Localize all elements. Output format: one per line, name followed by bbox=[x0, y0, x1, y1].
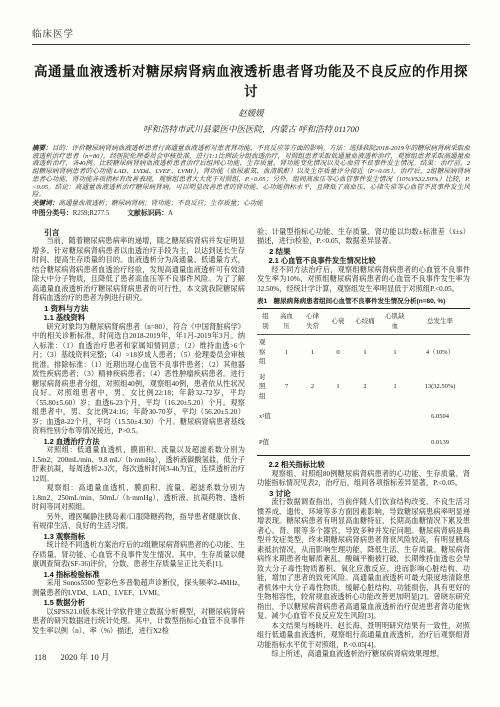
table1-cell bbox=[326, 430, 350, 456]
heading-data-analysis: 1.5 数据分析 bbox=[32, 598, 245, 608]
table1-cell: 1 bbox=[350, 335, 380, 370]
heading-baseline-data: 1.1 基线资料 bbox=[32, 313, 245, 323]
clc-label: 中图分类号： bbox=[32, 210, 73, 217]
page-number: 118 bbox=[34, 652, 46, 662]
table1-cell: 1 bbox=[274, 335, 299, 370]
doc-code-value: A bbox=[168, 210, 173, 217]
heading-methods: 1 资料与方法 bbox=[32, 304, 245, 314]
header-rule bbox=[32, 44, 470, 45]
doc-code-label: 文献标识码： bbox=[127, 210, 168, 217]
issue-date: 2020 年 10 月 bbox=[60, 652, 109, 662]
table1-chi-square-label: x²值 bbox=[257, 404, 274, 430]
control-group-paragraph: 对照组：低通量血透机，膜面积、流量以及超滤系数分别为1.5m2、200mL/mi… bbox=[32, 446, 245, 484]
author-affiliation: 呼和浩特市武川县蒙医中医医院，内蒙古 呼和浩特 011700 bbox=[32, 123, 470, 135]
table1-header-heart-failure: 心衰 bbox=[326, 309, 350, 335]
table1-cell: 0 bbox=[326, 335, 350, 370]
table1-header-row: 组 别 高血 压 心律 失常 心衰 心绞痛 心肌缺 血 总发生率 bbox=[257, 309, 470, 335]
discussion-paragraph-2: 本文结果与杨晓丹、赵长海、聂明明研究结果有一致性，对照组行低通量血液透析，观察组… bbox=[257, 622, 470, 651]
table1: 组 别 高血 压 心律 失常 心衰 心绞痛 心肌缺 血 总发生率 观 察 组 1 bbox=[257, 308, 470, 456]
table-row: P值 0.0139 bbox=[257, 430, 470, 456]
journal-section-label: 临床医学 bbox=[32, 29, 74, 40]
additional-care-paragraph: 另外，遵医嘱静注胰岛素/口服降糖药物，指导患者健康饮食、有规律生活、良好的生活习… bbox=[32, 513, 245, 532]
clc-value: R259;R277.5 bbox=[73, 210, 109, 217]
data-analysis-paragraph: 以SPSS21.0版本统计学软件建立数据分析模型，对糖尿病肾病患者的研究数据进行… bbox=[32, 608, 245, 637]
table1-cell bbox=[299, 430, 326, 456]
related-indicators-paragraph: 观察组、对照组80例糖尿病肾病患者的心功能、生存质量、肾功能指标情况见表2，治疗… bbox=[257, 470, 470, 489]
discussion-paragraph-3: 综上所述，高通量血液透析治疗糖尿病肾病效果理想， bbox=[257, 650, 470, 660]
table1-cell: 2 bbox=[350, 370, 380, 405]
baseline-data-paragraph: 研究对象均为糖尿病肾病患者（n=80），符合《中国肾脏病学》中的相关诊断标准，时… bbox=[32, 323, 245, 437]
table1-header-ischemia: 心肌缺 血 bbox=[380, 309, 410, 335]
column-left: 引言 当前，随着糖尿病患病率的递增，随之糖尿病肾病并发症明显增多。针对糖尿病肾病… bbox=[32, 228, 245, 660]
two-column-body: 引言 当前，随着糖尿病患病率的递增，随之糖尿病肾病并发症明显增多。针对糖尿病肾病… bbox=[32, 228, 470, 660]
table1-cell: 1 bbox=[380, 370, 410, 405]
observation-group-paragraph: 观察组：高通量血透机，膜面积、流量、超滤系数分别为1.8m2、250mL/min… bbox=[32, 484, 245, 513]
table1-cell bbox=[274, 404, 299, 430]
abstract-paragraph: 摘要：目的：评价糖尿病肾病血液透析患者行高通量血液透析对患者肾功能、不良反应等方… bbox=[32, 145, 470, 199]
table1-cell: 7 bbox=[274, 370, 299, 405]
table1-header-hypertension: 高血 压 bbox=[274, 309, 299, 335]
journal-section-header: 临床医学 bbox=[32, 26, 470, 40]
table1-cell: 4（10%） bbox=[410, 335, 470, 370]
table1-cell bbox=[380, 404, 410, 430]
paper-page: 临床医学 高通量血液透析对糖尿病肾病血液透析患者肾功能及不良反应的作用探讨 赵媛… bbox=[0, 0, 500, 707]
table1-cell: 13(32.50%) bbox=[410, 370, 470, 405]
heading-results: 2 结果 bbox=[257, 247, 470, 257]
heading-test-standard: 1.4 指标检验标准 bbox=[32, 570, 245, 580]
clc-line: 中图分类号：R259;R277.5文献标识码：A bbox=[32, 209, 470, 218]
page-content: 临床医学 高通量血液透析对糖尿病肾病血液透析患者肾功能及不良反应的作用探讨 赵媛… bbox=[0, 0, 500, 660]
table1-p-value: 0.0139 bbox=[410, 430, 470, 456]
table1-cell bbox=[350, 404, 380, 430]
test-standard-paragraph: 采用 Sonos5500 型彩色多普勒超声诊断仪，探头频率2-4MHz，测量患者… bbox=[32, 579, 245, 598]
table1-p-value-label: P值 bbox=[257, 430, 274, 456]
heading-observation-indicators: 1.3 观察指标 bbox=[32, 532, 245, 542]
abstract-text: 目的：评价糖尿病肾病血液透析患者行高通量血液透析对患者肾功能、不良反应等方面的影… bbox=[32, 145, 470, 198]
page-footer: 1182020 年 10 月 bbox=[34, 651, 109, 663]
intro-paragraph: 当前，随着糖尿病患病率的递增，随之糖尿病肾病并发症明显增多。针对糖尿病肾病患者以… bbox=[32, 237, 245, 304]
heading-related-indicators: 2.2 相关指标比较 bbox=[257, 460, 470, 470]
table1-observation-group-label: 观 察 组 bbox=[257, 335, 274, 370]
table1-cell bbox=[274, 430, 299, 456]
table1-cell: 1 bbox=[326, 370, 350, 405]
abstract-label: 摘要： bbox=[32, 145, 52, 152]
heading-discussion: 3 讨论 bbox=[257, 489, 470, 499]
keywords-text: 高通量血液透析；糖尿病肾病；肾功能；不良反应；生存质量；心功能 bbox=[58, 200, 262, 207]
table1-header-angina: 心绞痛 bbox=[350, 309, 380, 335]
table-row: x²值 6.0504 bbox=[257, 404, 470, 430]
observation-indicators-paragraph: 统计经不同透析方案治疗后的2组糖尿病肾病患者的心功能、生存质量、肾功能、心血管不… bbox=[32, 541, 245, 570]
table1-chi-square-value: 6.0504 bbox=[410, 404, 470, 430]
adverse-events-paragraph: 经不同方法治疗后，观察组糖尿病肾病患者的心血管不良事件发生率为10%、对照组糖尿… bbox=[257, 266, 470, 295]
table1-cell bbox=[350, 430, 380, 456]
column-right: 验；计量型指标心功能、生存质量、肾功能以均数±标准差（x̄±s）描述，进行t检验… bbox=[257, 228, 470, 660]
table1-control-group-label: 对 照 组 bbox=[257, 370, 274, 405]
discussion-paragraph-1: 流行数据调查指出，当前伴随人们饮食结构改变、不良生活习惯养成、遗传、环境等多方面… bbox=[257, 498, 470, 622]
heading-introduction: 引言 bbox=[32, 228, 245, 238]
heading-dialysis-method: 1.2 血透治疗方法 bbox=[32, 437, 245, 447]
table1-cell: 2 bbox=[299, 370, 326, 405]
table1-cell bbox=[380, 430, 410, 456]
data-analysis-continued-paragraph: 验；计量型指标心功能、生存质量、肾功能以均数±标准差（x̄±s）描述，进行t检验… bbox=[257, 228, 470, 247]
keywords-line: 关键词：高通量血液透析；糖尿病肾病；肾功能；不良反应；生存质量；心功能 bbox=[32, 200, 470, 208]
author-name: 赵媛媛 bbox=[32, 107, 470, 119]
table-row: 对 照 组 7 2 1 2 1 13(32.50%) bbox=[257, 370, 470, 405]
table1-cell bbox=[326, 404, 350, 430]
paper-title: 高通量血液透析对糖尿病肾病血液透析患者肾功能及不良反应的作用探讨 bbox=[32, 60, 470, 100]
table-row: 观 察 组 1 1 0 1 1 4（10%） bbox=[257, 335, 470, 370]
table1-header-group: 组 别 bbox=[257, 309, 274, 335]
table1-cell bbox=[299, 404, 326, 430]
table1-header-total-rate: 总发生率 bbox=[410, 309, 470, 335]
table1-cell: 1 bbox=[380, 335, 410, 370]
table1-title: 表1 糖尿病肾病患者组间心血管不良事件发生情况分析(n=80, %) bbox=[257, 298, 470, 306]
heading-adverse-events: 2.1 心血管不良事件发生情况比较 bbox=[257, 256, 470, 266]
table1-header-arrhythmia: 心律 失常 bbox=[299, 309, 326, 335]
table1-cell: 1 bbox=[299, 335, 326, 370]
keywords-label: 关键词： bbox=[32, 200, 58, 207]
